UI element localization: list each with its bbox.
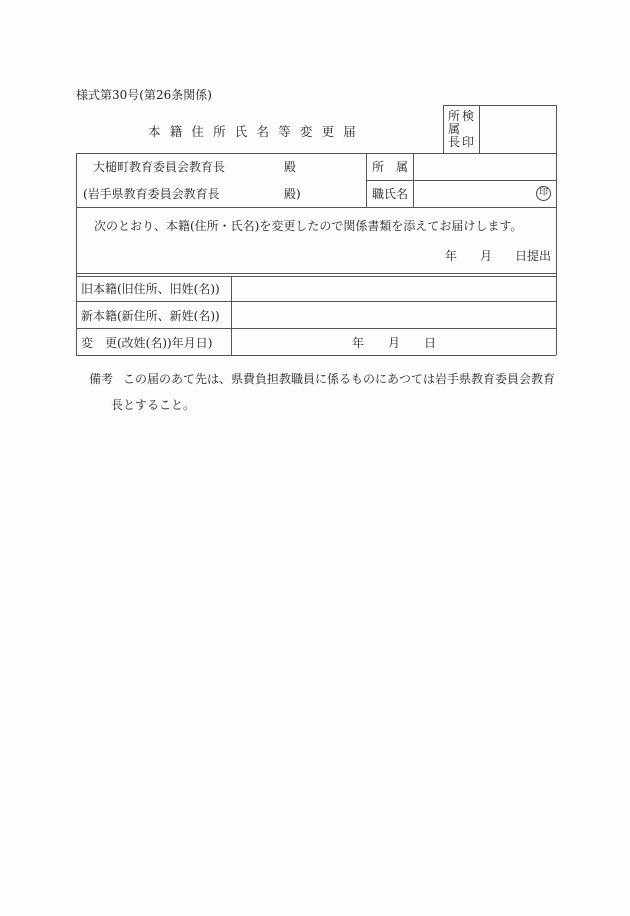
new-domicile-label: 新本籍(新住所、新姓(名)) bbox=[81, 309, 220, 323]
seal-icon: 印 bbox=[536, 186, 551, 201]
name-field[interactable] bbox=[415, 182, 530, 206]
form-number: 様式第30号(第26条関係) bbox=[76, 88, 212, 102]
change-month: 月 bbox=[388, 336, 400, 350]
form-title: 本籍住所氏名等変更届 bbox=[148, 122, 365, 140]
change-date-label: 変 更(改姓(名))年月日) bbox=[81, 336, 212, 350]
submission-day: 日提出 bbox=[515, 249, 551, 263]
stamp-label-col1: 所 属 長 bbox=[448, 110, 460, 149]
statement-text: 次のとおり、本籍(住所・氏名)を変更したので関係書類を添えてお届けします。 bbox=[94, 219, 522, 233]
addressee-line1: 大槌町教育委員会教育長 bbox=[93, 160, 225, 174]
stamp-field[interactable] bbox=[480, 106, 555, 152]
addressee-line1-suffix: 殿 bbox=[284, 160, 296, 174]
new-domicile-field[interactable] bbox=[233, 303, 554, 327]
remarks-label: 備考 bbox=[89, 372, 113, 386]
change-year: 年 bbox=[352, 336, 364, 350]
remarks-line2: 長とすること。 bbox=[111, 398, 195, 412]
addressee-line2-suffix: 殿) bbox=[284, 187, 301, 201]
affiliation-label: 所 属 bbox=[372, 160, 408, 174]
old-domicile-label: 旧本籍(旧住所、旧姓(名)) bbox=[81, 282, 220, 296]
addressee-line2: (岩手県教育委員会教育長 bbox=[83, 187, 220, 201]
affiliation-field[interactable] bbox=[415, 155, 554, 179]
remarks-line1: この届のあて先は、県費負担教職員に係るものにあつては岩手県教育委員会教育 bbox=[123, 372, 555, 386]
submission-month: 月 bbox=[480, 249, 492, 263]
change-date-field[interactable]: 年 月 日 bbox=[233, 330, 554, 354]
submission-year: 年 bbox=[445, 249, 457, 263]
old-domicile-field[interactable] bbox=[233, 278, 554, 300]
name-label: 職氏名 bbox=[372, 187, 408, 201]
stamp-label-col2: 検 印 bbox=[462, 110, 474, 149]
change-day: 日 bbox=[424, 336, 436, 350]
